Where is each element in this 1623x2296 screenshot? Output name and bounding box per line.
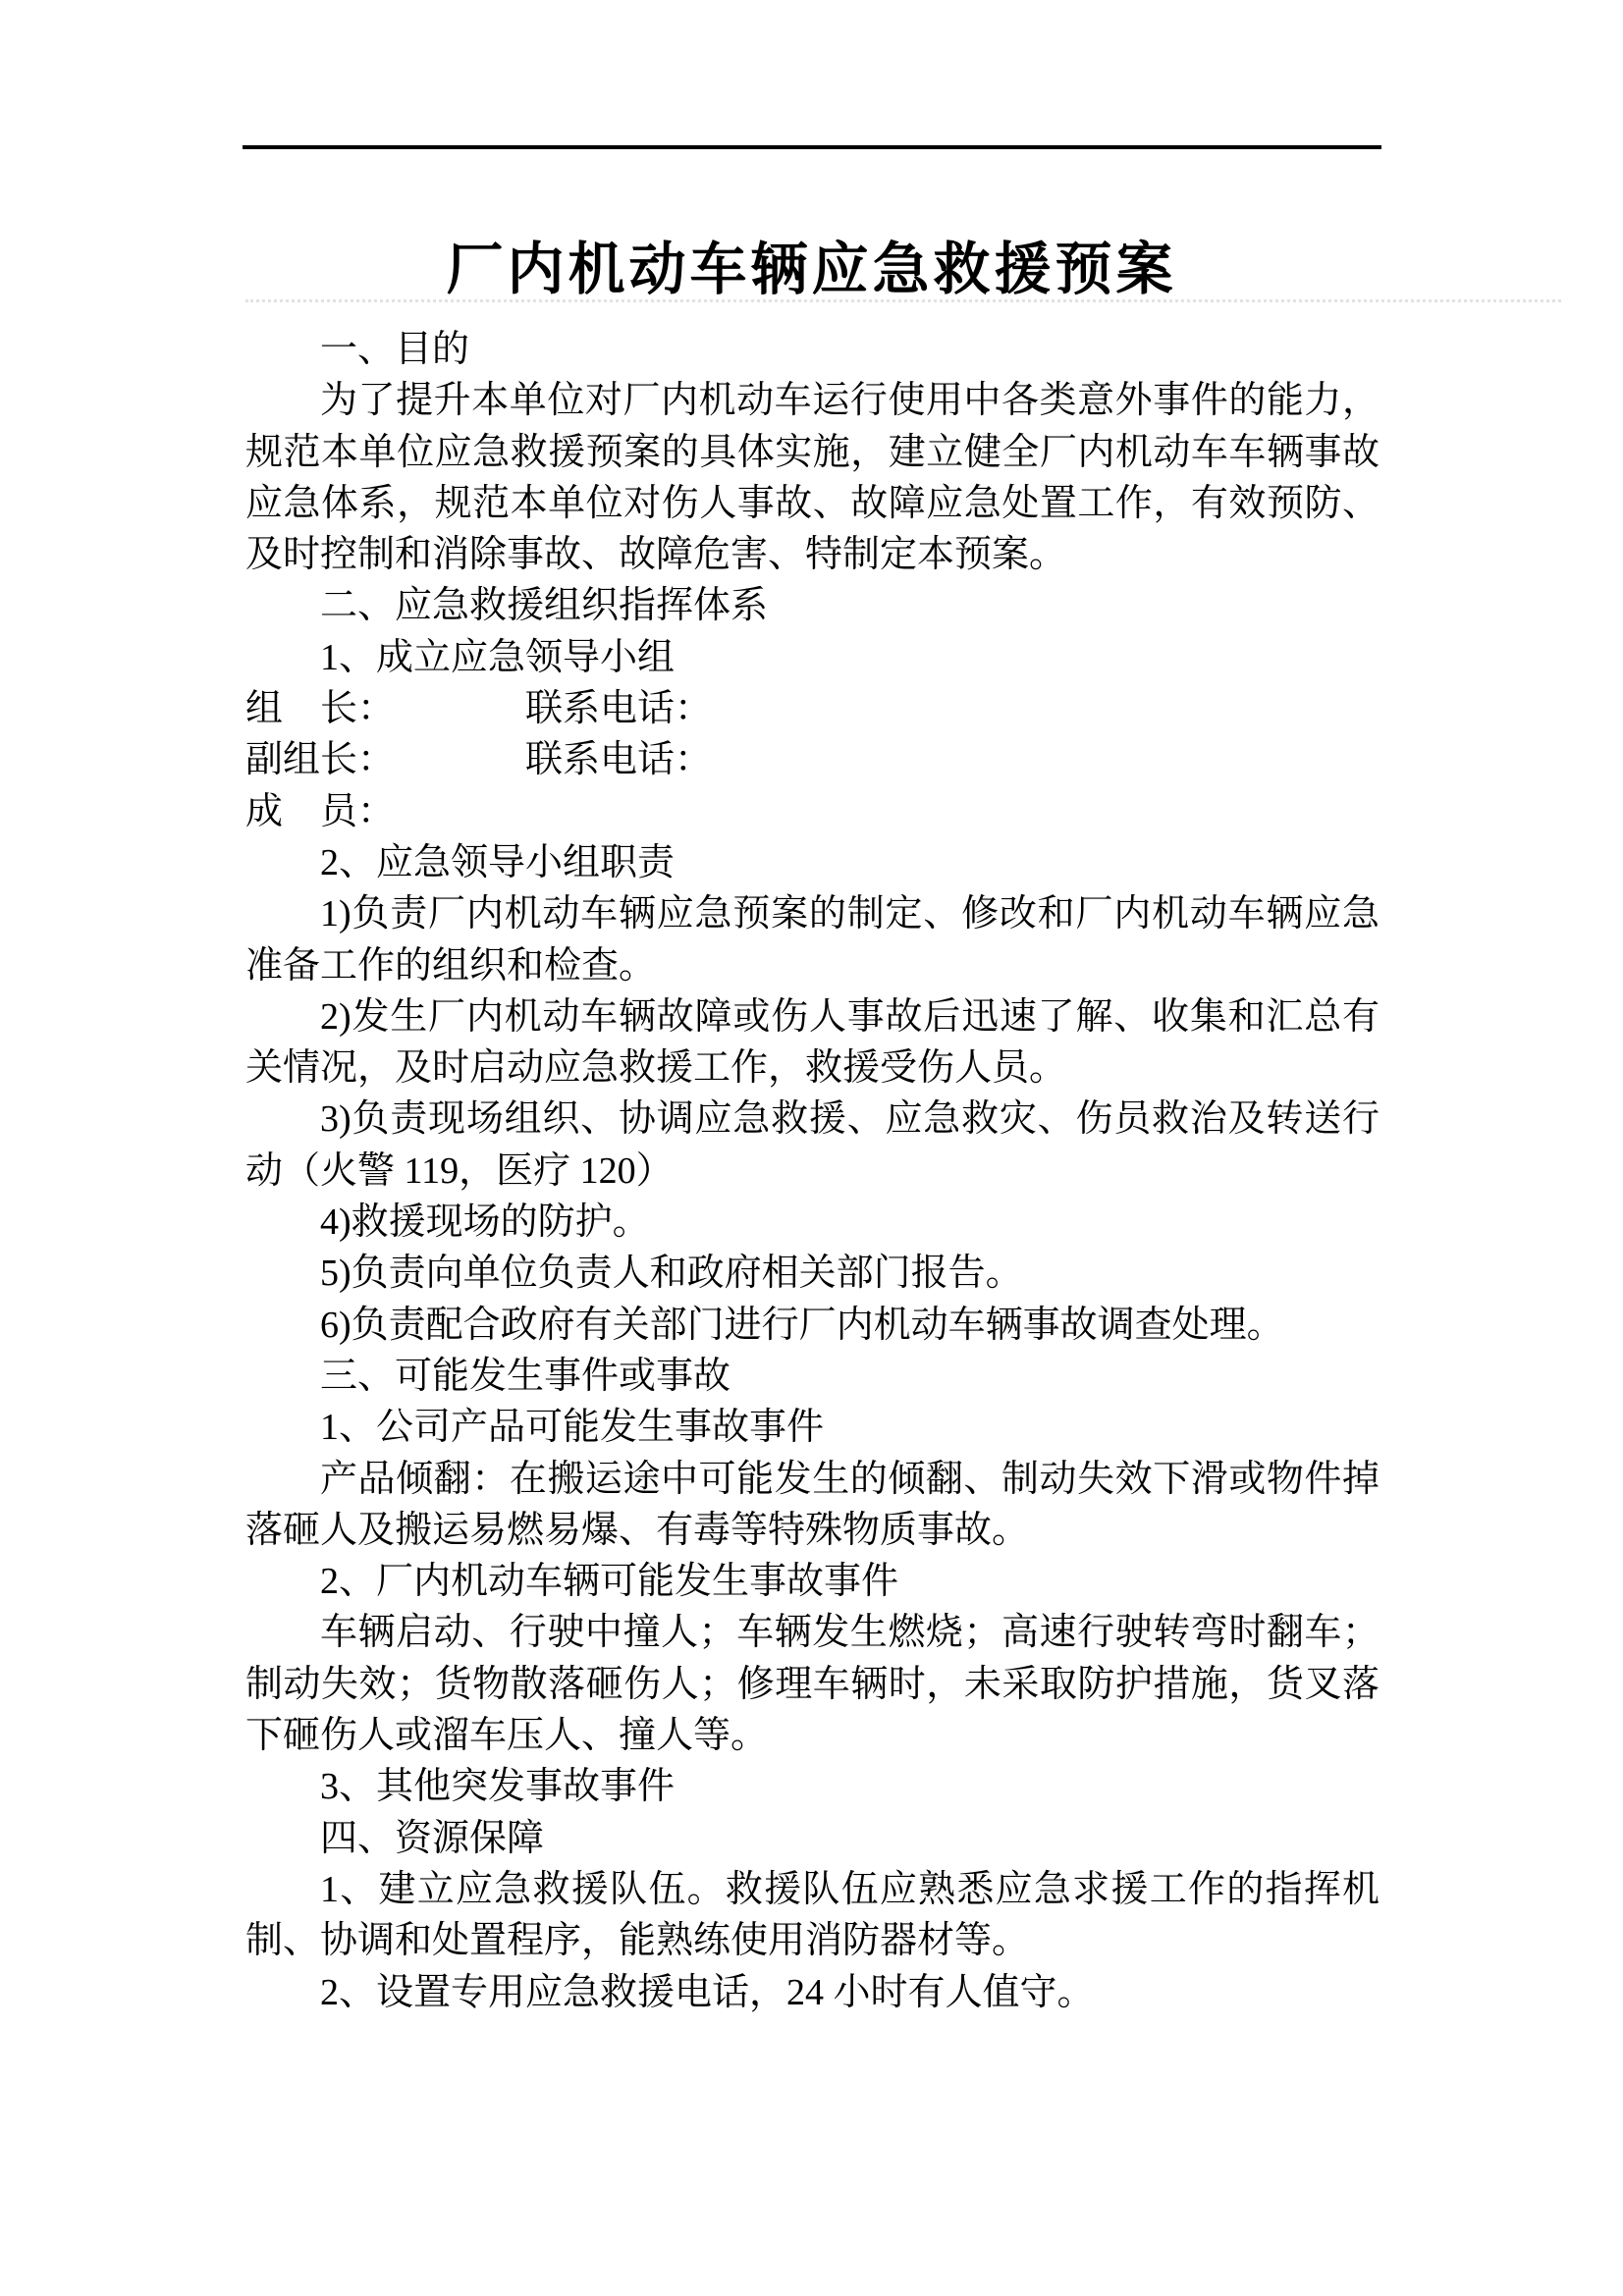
paragraph-line: 2)发生厂内机动车辆故障或伤人事故后迅速了解、收集和汇总有 bbox=[245, 991, 1380, 1042]
paragraph-line: 1、建立应急救援队伍。救援队伍应熟悉应急求援工作的指挥机 bbox=[245, 1864, 1380, 1915]
document-page: 厂内机动车辆应急救援预案 一、目的 为了提升本单位对厂内机动车运行使用中各类意外… bbox=[0, 0, 1623, 2296]
paragraph-line: 产品倾翻：在搬运途中可能发生的倾翻、制动失效下滑或物件掉 bbox=[245, 1454, 1380, 1505]
paragraph-line: 应急体系，规范本单位对伤人事故、故障应急处置工作，有效预防、 bbox=[245, 478, 1380, 529]
page-title: 厂内机动车辆应急救援预案 bbox=[0, 231, 1623, 309]
subheading-leading-group: 1、成立应急领导小组 bbox=[245, 632, 1380, 683]
paragraph-line: 制、协调和处置程序，能熟练使用消防器材等。 bbox=[245, 1915, 1380, 1966]
paragraph-line: 落砸人及搬运易燃易爆、有毒等特殊物质事故。 bbox=[245, 1505, 1380, 1556]
paragraph-line: 3)负责现场组织、协调应急救援、应急救灾、伤员救治及转送行 bbox=[245, 1094, 1380, 1145]
document-body: 一、目的 为了提升本单位对厂内机动车运行使用中各类意外事件的能力， 规范本单位应… bbox=[245, 324, 1380, 2018]
contact-line-leader: 组 长： 联系电话： bbox=[245, 683, 1380, 734]
paragraph-line: 关情况，及时启动应急救援工作，救援受伤人员。 bbox=[245, 1042, 1380, 1094]
paragraph-line: 1)负责厂内机动车辆应急预案的制定、修改和厂内机动车辆应急 bbox=[245, 888, 1380, 939]
paragraph-line: 4)救援现场的防护。 bbox=[245, 1197, 1380, 1248]
contact-line-deputy-leader: 副组长： 联系电话： bbox=[245, 734, 1380, 785]
heading-purpose: 一、目的 bbox=[245, 324, 1380, 375]
paragraph-line: 准备工作的组织和检查。 bbox=[245, 940, 1380, 991]
paragraph-line: 下砸伤人或溜车压人、撞人等。 bbox=[245, 1710, 1380, 1761]
paragraph-line: 制动失效；货物散落砸伤人；修理车辆时，未采取防护措施，货叉落 bbox=[245, 1659, 1380, 1710]
heading-possible-accidents: 三、可能发生事件或事故 bbox=[245, 1351, 1380, 1402]
title-separator-dotted-rule bbox=[245, 299, 1561, 302]
paragraph-line: 为了提升本单位对厂内机动车运行使用中各类意外事件的能力， bbox=[245, 375, 1380, 426]
subheading-product-events: 1、公司产品可能发生事故事件 bbox=[245, 1402, 1380, 1453]
paragraph-line: 6)负责配合政府有关部门进行厂内机动车辆事故调查处理。 bbox=[245, 1300, 1380, 1351]
paragraph-line: 2、设置专用应急救援电话，24 小时有人值守。 bbox=[245, 1967, 1380, 2018]
subheading-vehicle-events: 2、厂内机动车辆可能发生事故事件 bbox=[245, 1556, 1380, 1607]
paragraph-line: 规范本单位应急救援预案的具体实施，建立健全厂内机动车车辆事故 bbox=[245, 427, 1380, 478]
heading-resource-support: 四、资源保障 bbox=[245, 1813, 1380, 1864]
paragraph-line: 车辆启动、行驶中撞人；车辆发生燃烧；高速行驶转弯时翻车； bbox=[245, 1607, 1380, 1658]
header-rule bbox=[243, 145, 1381, 149]
paragraph-line: 动（火警 119，医疗 120） bbox=[245, 1146, 1380, 1197]
heading-command-system: 二、应急救援组织指挥体系 bbox=[245, 580, 1380, 631]
contact-line-members: 成 员： bbox=[245, 786, 1380, 837]
paragraph-line: 及时控制和消除事故、故障危害、特制定本预案。 bbox=[245, 534, 1066, 575]
subheading-group-duties: 2、应急领导小组职责 bbox=[245, 837, 1380, 888]
paragraph-line: 5)负责向单位负责人和政府相关部门报告。 bbox=[245, 1248, 1380, 1299]
subheading-other-events: 3、其他突发事故事件 bbox=[245, 1761, 1380, 1812]
